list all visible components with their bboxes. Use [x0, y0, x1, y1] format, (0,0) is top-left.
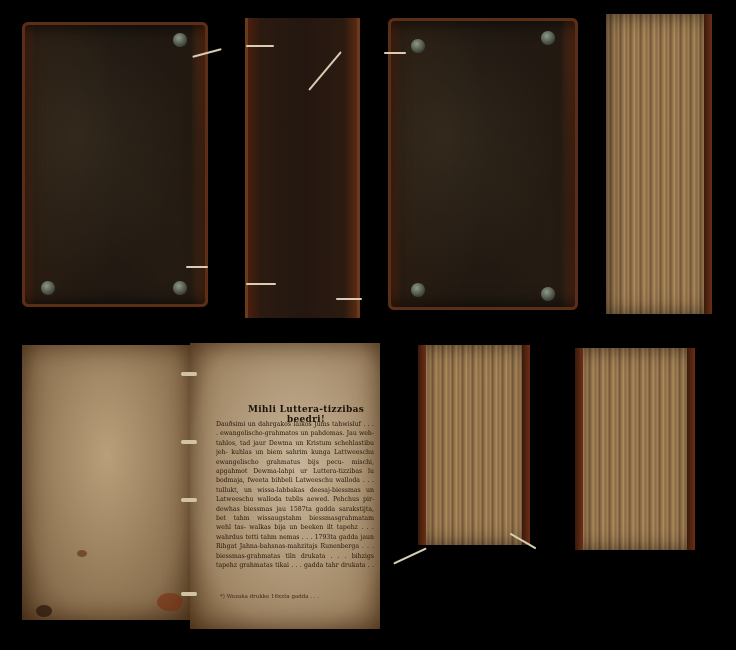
closed-book-fore-edge-1	[606, 14, 712, 314]
open-book-left-page	[22, 345, 192, 620]
rivet-icon	[411, 283, 425, 297]
closed-book-cover-2	[388, 18, 578, 310]
binding-string	[186, 266, 208, 268]
binding-string	[393, 547, 426, 564]
rivet-icon	[411, 39, 425, 53]
page-footnote: *) Wezaka drukke 16xxta gadda . . .	[220, 594, 370, 600]
rivet-icon	[541, 31, 555, 45]
binding-string	[246, 283, 276, 285]
binding-string	[336, 298, 362, 300]
binding-stitch	[181, 592, 197, 596]
closed-book-fore-edge-2	[418, 345, 530, 545]
binding-stitch	[181, 498, 197, 502]
rivet-icon	[173, 33, 187, 47]
page-body-text: Dauðsimi un dahrgakos laikos Jums tahwis…	[216, 420, 374, 572]
binding-string	[384, 52, 406, 54]
closed-book-fore-edge-3	[575, 348, 695, 550]
binding-stitch	[181, 372, 197, 376]
rivet-icon	[173, 281, 187, 295]
closed-book-cover-1	[22, 22, 208, 307]
rivet-icon	[41, 281, 55, 295]
binding-string	[246, 45, 274, 47]
binding-stitch	[181, 440, 197, 444]
rivet-icon	[541, 287, 555, 301]
closed-book-spine-1	[245, 18, 360, 318]
